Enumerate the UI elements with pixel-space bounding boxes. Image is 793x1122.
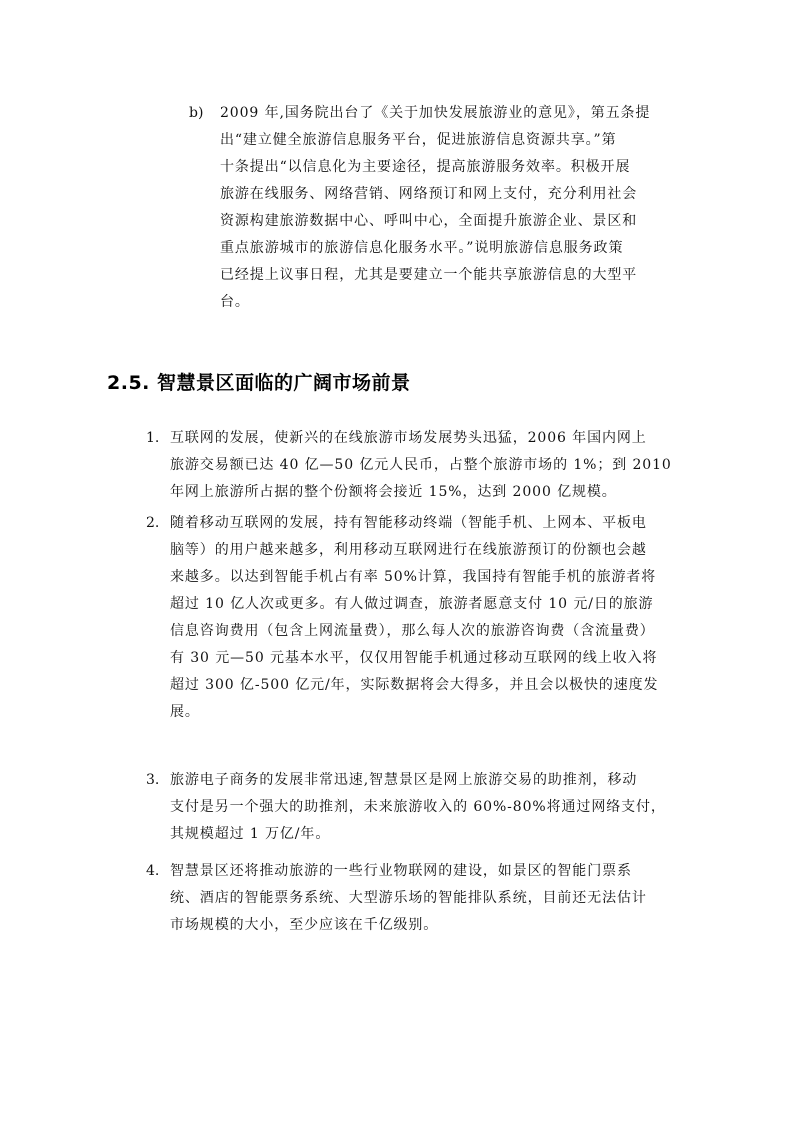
paragraph-line: 智慧景区还将推动旅游的一些行业物联网的建设，如景区的智能门票系 (170, 861, 632, 881)
list-marker: b) (189, 103, 203, 123)
paragraph-line: 随着移动互联网的发展，持有智能移动终端（智能手机、上网本、平板电 (170, 513, 647, 533)
paragraph-line: 支付是另一个强大的助推剂，未来旅游收入的 60%-80%将通过网络支付， (170, 797, 666, 817)
document-page: b) 2009 年,国务院出台了《关于加快发展旅游业的意见》，第五条提 出“建立… (0, 0, 793, 1122)
list-marker: 1. (146, 428, 159, 448)
paragraph-line: 其规模超过 1 万亿/年。 (170, 824, 330, 844)
paragraph-line: 旅游交易额已达 40 亿—50 亿元人民币，占整个旅游市场的 1%；到 2010 (170, 455, 672, 475)
paragraph-line: 年网上旅游所占据的整个份额将会接近 15%，达到 2000 亿规模。 (170, 482, 617, 502)
list-marker: 4. (146, 861, 159, 881)
paragraph-line: 超过 10 亿人次或更多。有人做过调查，旅游者愿意支付 10 元/日的旅游 (170, 594, 653, 614)
paragraph-line: 互联网的发展，使新兴的在线旅游市场发展势头迅猛，2006 年国内网上 (170, 428, 647, 448)
paragraph-line: 有 30 元—50 元基本水平，仅仅用智能手机通过移动互联网的线上收入将 (170, 648, 657, 668)
paragraph-line: 来越多。以达到智能手机占有率 50%计算，我国持有智能手机的旅游者将 (170, 567, 656, 587)
paragraph-line: 资源构建旅游数据中心、呼叫中心，全面提升旅游企业、景区和 (220, 211, 637, 231)
paragraph-line: 已经提上议事日程，尤其是要建立一个能共享旅游信息的大型平 (220, 265, 637, 285)
paragraph-line: 重点旅游城市的旅游信息化服务水平。”说明旅游信息服务政策 (220, 238, 623, 258)
section-heading: 2.5. 智慧景区面临的广阔市场前景 (107, 370, 411, 396)
paragraph-line: 统、酒店的智能票务系统、大型游乐场的智能排队系统，目前还无法估计 (170, 888, 647, 908)
paragraph-line: 旅游在线服务、网络营销、网络预订和网上支付，充分利用社会 (220, 184, 637, 204)
paragraph-line: 超过 300 亿-500 亿元/年，实际数据将会大得多，并且会以极快的速度发 (170, 675, 658, 695)
list-marker: 2. (146, 513, 159, 533)
paragraph-line: 信息咨询费用（包含上网流量费），那么每人次的旅游咨询费（含流量费） (170, 621, 655, 641)
list-marker: 3. (146, 770, 159, 790)
paragraph-line: 旅游电子商务的发展非常迅速,智慧景区是网上旅游交易的助推剂，移动 (170, 770, 637, 790)
paragraph-line: 2009 年,国务院出台了《关于加快发展旅游业的意见》，第五条提 (220, 103, 650, 123)
paragraph-line: 市场规模的大小，至少应该在千亿级别。 (170, 915, 438, 935)
paragraph-line: 脑等）的用户越来越多，利用移动互联网进行在线旅游预订的份额也会越 (170, 540, 647, 560)
paragraph-line: 台。 (220, 292, 250, 312)
paragraph-line: 十条提出“以信息化为主要途径，提高旅游服务效率。积极开展 (220, 157, 630, 177)
paragraph-line: 展。 (170, 702, 200, 722)
paragraph-line: 出“建立健全旅游信息服务平台，促进旅游信息资源共享。”第 (220, 130, 617, 150)
